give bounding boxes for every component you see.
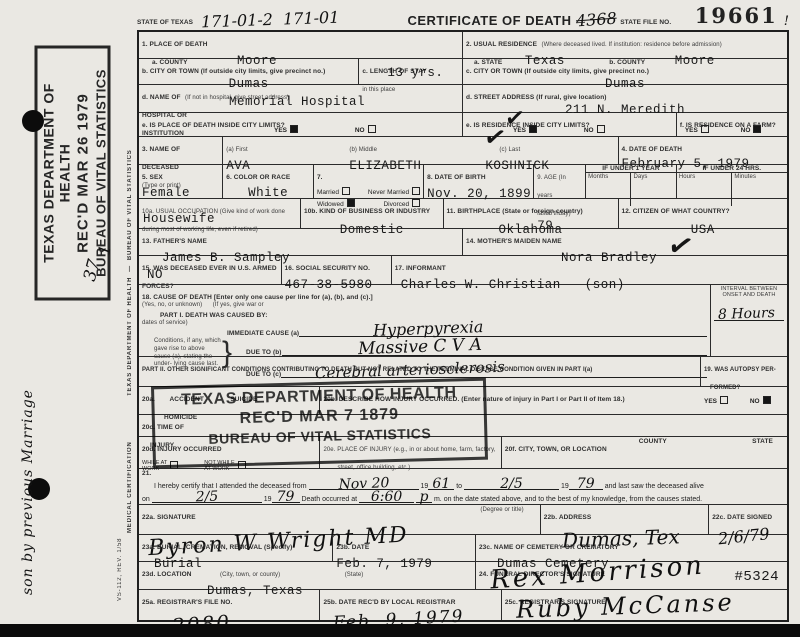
death-in-city-no-checkbox xyxy=(368,125,376,133)
death-in-city-yes-checkbox xyxy=(290,125,298,133)
certify-p4: 19 xyxy=(561,483,569,490)
field-ssn: 16. SOCIAL SECURITY NO. 467-38-5980 xyxy=(282,256,392,284)
certificate-title: CERTIFICATE OF DEATH xyxy=(407,13,571,28)
field-name-of-deceased-label: 3. NAME OF DECEASED (Type or print) xyxy=(139,137,223,164)
race-value: White xyxy=(226,187,310,200)
hw-death-time: 6:60 xyxy=(359,490,414,504)
sex-label: 5. SEX xyxy=(142,174,163,181)
due-to-b-label: DUE TO (b) xyxy=(246,349,282,356)
res-in-city-yes-checkbox xyxy=(529,125,537,133)
hw-alive-year: 79 xyxy=(272,490,300,504)
filed-stamp: TEXAS DEPARTMENT OF HEALTH REC'D MAR 7 1… xyxy=(151,378,488,469)
first-name-label: (a) First xyxy=(226,147,248,153)
side-text-dept-bureau: TEXAS DEPARTMENT OF HEALTH — BUREAU OF V… xyxy=(127,38,133,396)
stamp-line: BUREAU OF VITAL STATISTICS xyxy=(94,53,109,294)
field-burial-date: 23b. DATE Feb. 7, 1979 xyxy=(333,535,476,561)
death-certificate-scan: TEXAS DEPARTMENT OF HEALTH REC'D MAR 26 … xyxy=(0,0,800,637)
date-of-death-label: 4. DATE OF DEATH xyxy=(622,146,683,153)
res-city-label: c. CITY OR TOWN (If outside city limits,… xyxy=(466,68,649,75)
field-usual-residence: 2. USUAL RESIDENCE (Where deceased lived… xyxy=(463,32,787,58)
field-father-name: 13. FATHER'S NAME James B. Sampley xyxy=(139,229,463,255)
field-physician-address: 22b. ADDRESS Dumas, Tex xyxy=(541,505,709,534)
side-text: TEXAS DEPARTMENT OF HEALTH xyxy=(127,277,133,396)
field-city-of-death: b. CITY OR TOWN (If outside city limits,… xyxy=(139,59,359,84)
married-checkbox xyxy=(342,187,350,195)
hw-ampm: p xyxy=(416,490,432,504)
under1-label: IF UNDER 1 YEAR xyxy=(586,165,676,173)
certify-toyr-blank: 79 xyxy=(569,477,603,490)
side-text: BUREAU OF VITAL STATISTICS xyxy=(127,149,133,260)
degree-label: (Degree or title) xyxy=(480,507,523,514)
age-label: 9. AGE (In years xyxy=(537,175,566,199)
certify-p7: 19 xyxy=(264,496,272,503)
marital-label: 7. xyxy=(317,174,323,181)
certify-ampm-blank: p xyxy=(416,490,432,503)
immediate-cause-label: IMMEDIATE CAUSE (a) xyxy=(227,330,299,337)
item20f-label: 20f. CITY, TOWN, OR LOCATION xyxy=(505,446,607,453)
certify-fromyr-blank: 61 xyxy=(428,477,454,490)
field-physician-signature: 22a. SIGNATURE (Degree or title) Byron W… xyxy=(139,505,541,534)
interval-line: 8 Hours xyxy=(714,307,784,321)
cause-title: 18. CAUSE OF DEATH [Enter only one cause… xyxy=(142,294,373,301)
scan-edge-bar xyxy=(0,624,800,637)
part2-label: PART II. OTHER SIGNIFICANT CONDITIONS CO… xyxy=(142,367,592,373)
item23c-label: 23c. NAME OF CEMETERY OR CREMATORY xyxy=(479,544,619,551)
certify-p8: Death occurred at xyxy=(301,496,357,503)
field-birthplace: 11. BIRTHPLACE (State or foreign country… xyxy=(444,199,619,228)
informant-label: 17. INFORMANT xyxy=(395,265,446,272)
never-married-checkbox xyxy=(412,187,420,195)
usual-residence-title: 2. USUAL RESIDENCE xyxy=(466,41,537,48)
registrar-signature: Ruby McCanse xyxy=(515,588,735,624)
hw-cert-number: 4368 xyxy=(575,11,617,30)
stay-value: 13 yrs. xyxy=(387,67,443,80)
no-label: NO xyxy=(741,127,751,134)
field-informant: 17. INFORMANT Charles W. Christian (son) xyxy=(392,256,787,284)
injury-county-label: COUNTY xyxy=(639,438,667,445)
res-farm-no-checkbox xyxy=(753,125,761,133)
certify-p9: m. on the date stated above, and to the … xyxy=(434,496,702,503)
birthplace-label: 11. BIRTHPLACE (State or foreign country… xyxy=(447,208,583,215)
item25b-label: 25b. DATE REC'D BY LOCAL REGISTRAR xyxy=(323,599,455,606)
mother-label: 14. MOTHER'S MAIDEN NAME xyxy=(466,238,562,245)
field-sex: 5. SEX Female xyxy=(139,165,223,198)
married-label: Married xyxy=(317,189,339,196)
state-of-texas-label: STATE OF TEXAS xyxy=(137,19,193,26)
field-last-name: (c) Last KOSHNICK ✓ xyxy=(482,137,618,164)
stamp-line: TEXAS DEPARTMENT OF HEALTH xyxy=(41,53,73,294)
never-married-label: Never Married xyxy=(368,189,409,196)
under24-label: IF UNDER 24 HRS. xyxy=(677,165,787,173)
occupation-value: Housewife xyxy=(143,213,215,226)
field-date-of-death: 4. DATE OF DEATH February 5, 1979 xyxy=(619,137,787,164)
state-file-no-label: STATE FILE NO. xyxy=(620,19,671,26)
certify-p5: and last saw the deceased alive xyxy=(605,483,704,490)
middle-name-label: (b) Middle xyxy=(349,147,377,153)
hw-to-year: 79 xyxy=(569,477,603,491)
hw-interval: 8 Hours xyxy=(717,306,774,322)
certificate-form: 1. PLACE OF DEATH a. COUNTY Moore 2. USU… xyxy=(137,30,789,622)
hw-to-date: 2/5 xyxy=(464,477,559,491)
margin-note-marriage: son by previous Marriage xyxy=(21,315,35,595)
hole-punch-dot xyxy=(22,110,44,132)
father-label: 13. FATHER'S NAME xyxy=(142,238,207,245)
hw-from-year: 61 xyxy=(428,477,454,491)
certify-aliveyr-blank: 79 xyxy=(272,490,300,503)
no-label: NO xyxy=(355,127,365,134)
field-hospital: d. NAME OF (If not in hospital, give str… xyxy=(139,85,463,112)
field-armed-forces: 15. WAS DECEASED EVER IN U.S. ARMED FORC… xyxy=(139,256,282,284)
field-autopsy: 19. WAS AUTOPSY PER- FORMED? YES NO xyxy=(701,357,787,386)
field-death-in-city: e. IS PLACE OF DEATH INSIDE CITY LIMITS?… xyxy=(139,113,463,136)
item23d-label: 23d. LOCATION xyxy=(142,571,192,578)
item22a-label: 22a. SIGNATURE xyxy=(142,514,196,521)
field-place-of-death: 1. PLACE OF DEATH a. COUNTY Moore xyxy=(139,32,463,58)
sex-value: Female xyxy=(142,187,219,200)
field-cause-of-death: 18. CAUSE OF DEATH [Enter only one cause… xyxy=(139,285,711,356)
item23b-label: 23b. DATE xyxy=(336,544,369,551)
field-citizen: 12. CITIZEN OF WHAT COUNTRY? USA xyxy=(619,199,787,228)
field-first-name: (a) First AVA xyxy=(223,137,346,164)
marital-married: Married xyxy=(317,187,350,196)
interval-label2: ONSET AND DEATH xyxy=(714,292,784,298)
field-funeral-director: 24. FUNERAL DIRECTOR'S SIGNATURE Rex Mor… xyxy=(476,562,787,589)
certify-p6: on xyxy=(142,496,150,503)
field-res-on-farm: f. IS RESIDENCE ON A FARM? YES NO xyxy=(677,113,787,136)
field-occupation: 10a. USUAL OCCUPATION (Give kind of work… xyxy=(139,199,301,228)
field-race: 6. COLOR OR RACE White xyxy=(223,165,314,198)
field-if-under-1-year: IF UNDER 1 YEAR Months Days xyxy=(586,165,677,198)
race-label: 6. COLOR OR RACE xyxy=(226,174,290,181)
side-text-dash: — xyxy=(127,263,133,275)
certify-time-blank: 6:60 xyxy=(359,490,414,503)
street-label: d. STREET ADDRESS (If rural, give locati… xyxy=(466,94,607,101)
field-age: 9. AGE (In years last b'thday) 79 xyxy=(534,165,586,198)
field-middle-name: (b) Middle ELIZABETH xyxy=(346,137,482,164)
field-length-of-stay: c. LENGTH OF STAY in this place 13 yrs. xyxy=(359,59,463,84)
armed-forces-value: NO xyxy=(147,269,163,282)
hospital-value: Memorial Hospital xyxy=(229,96,365,109)
item23d-note1: (City, town, or county) xyxy=(220,572,280,578)
form-header: STATE OF TEXAS 171-01-2 171-01 CERTIFICA… xyxy=(137,6,789,28)
yes-label: YES xyxy=(274,127,287,134)
place-of-death-title: 1. PLACE OF DEATH xyxy=(142,41,208,48)
city-label: b. CITY OR TOWN (If outside city limits,… xyxy=(142,68,325,75)
stray-pen-mark: ! xyxy=(784,15,789,28)
marital-never: Never Married xyxy=(368,187,420,196)
no-label: NO xyxy=(584,127,594,134)
due-to-b-line: Massive C V A xyxy=(282,342,707,356)
field-res-city: c. CITY OR TOWN (If outside city limits,… xyxy=(463,59,787,84)
field-date-signed: 22c. DATE SIGNED 2/6/79 xyxy=(709,505,787,534)
field-burial-type: 23a. BURIAL, CREMATION, REMOVAL (Specify… xyxy=(139,535,333,561)
immediate-cause-line: Hyperpyrexia xyxy=(299,323,707,337)
item21-no: 21. xyxy=(142,470,151,477)
side-text-medical-certification: MEDICAL CERTIFICATION xyxy=(127,398,133,533)
field-industry: 10b. KIND OF BUSINESS OR INDUSTRY Domest… xyxy=(301,199,444,228)
funeral-license-number: #5324 xyxy=(734,570,779,584)
yes-label: YES xyxy=(685,127,698,134)
hospital-label: d. NAME OF xyxy=(142,94,181,101)
hw-due-to-b: Massive C V A xyxy=(358,337,482,358)
state-file-number: 19661 xyxy=(695,3,778,28)
autopsy-label: 19. WAS AUTOPSY PER- xyxy=(704,367,776,373)
part1-label: PART I. DEATH WAS CAUSED BY: xyxy=(160,312,268,319)
injury-state-label: STATE xyxy=(752,438,773,445)
certify-alive-blank: 2/5 xyxy=(152,490,262,503)
industry-label: 10b. KIND OF BUSINESS OR INDUSTRY xyxy=(304,208,430,215)
res-farm-yes-checkbox xyxy=(701,125,709,133)
field-marital-status: 7. Married Never Married Widowed Divorce… xyxy=(314,165,424,198)
hw-alive-date: 2/5 xyxy=(152,489,262,507)
field-registrar-file-no: 25a. REGISTRAR'S FILE NO. 2080 xyxy=(139,590,320,620)
res-in-city-no-checkbox xyxy=(597,125,605,133)
item22c-label: 22c. DATE SIGNED xyxy=(712,514,772,521)
certify-to-blank: 2/5 xyxy=(464,477,559,490)
field-burial-location: 23d. LOCATION (City, town, or county) (S… xyxy=(139,562,476,589)
item25a-label: 25a. REGISTRAR'S FILE NO. xyxy=(142,599,232,606)
deceased-title: 3. NAME OF xyxy=(142,146,180,153)
certify-p3: to xyxy=(456,483,462,490)
item23a-label: 23a. BURIAL, CREMATION, REMOVAL (Specify… xyxy=(142,544,292,551)
citizen-label: 12. CITIZEN OF WHAT COUNTRY? xyxy=(622,208,730,215)
field-certification: 21. I hereby certify that I attended the… xyxy=(139,469,787,504)
usual-residence-note: (Where deceased lived. If institution: r… xyxy=(541,42,721,48)
certify-from-blank: Nov 20 xyxy=(309,477,419,490)
item23d-note2: (State) xyxy=(345,572,364,578)
item22b-label: 22b. ADDRESS xyxy=(544,514,592,521)
ssn-label: 16. SOCIAL SECURITY NO. xyxy=(285,265,371,272)
dob-label: 8. DATE OF BIRTH xyxy=(427,174,486,181)
field-mother-name: 14. MOTHER'S MAIDEN NAME Nora Bradley ✓ xyxy=(463,229,787,255)
field-interval: INTERVAL BETWEEN ONSET AND DEATH 8 Hours xyxy=(711,285,787,356)
field-date-recd: 25b. DATE REC'D BY LOCAL REGISTRAR Feb. … xyxy=(320,590,501,620)
field-if-under-24-hrs: IF UNDER 24 HRS. Hours Minutes xyxy=(677,165,787,198)
death-in-city-label: e. IS PLACE OF DEATH INSIDE CITY LIMITS? xyxy=(142,122,285,129)
field-registrar-signature: 25c. REGISTRAR'S SIGNATURE Ruby McCanse xyxy=(502,590,787,620)
form-number: VS-112, REV. 1/58 xyxy=(117,535,123,601)
hw-district-codes: 171-01-2 171-01 xyxy=(201,10,340,31)
field-injury-location: 20f. CITY, TOWN, OR LOCATION COUNTY STAT… xyxy=(502,437,787,468)
field-date-of-birth: 8. DATE OF BIRTH Nov. 20, 1899 xyxy=(424,165,534,198)
